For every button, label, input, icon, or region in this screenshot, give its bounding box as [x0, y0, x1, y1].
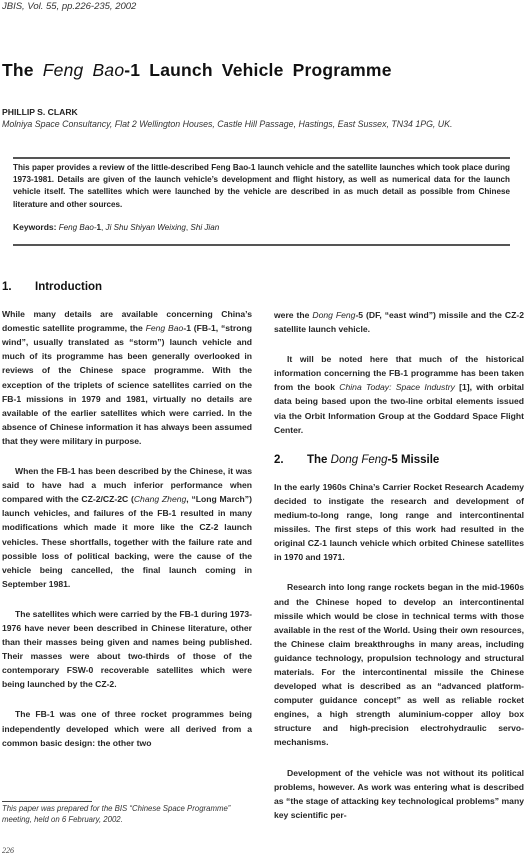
paragraph: It will be noted here that much of the h…	[274, 352, 524, 437]
section-number: 2.	[274, 453, 307, 467]
paragraph: Research into long range rockets began i…	[274, 580, 524, 749]
keyword-2: Ji Shu Shiyan Weixing	[106, 223, 186, 232]
paragraph: were the Dong Feng-5 (DF, “east wind”) m…	[274, 308, 524, 336]
paragraph: The FB-1 was one of three rocket program…	[2, 707, 252, 749]
paragraph: In the early 1960s China’s Carrier Rocke…	[274, 480, 524, 565]
keyword-1-suffix: 1	[97, 223, 102, 232]
author-name: PHILLIP S. CLARK	[2, 107, 78, 117]
section-heading-dong-feng-5: 2.The Dong Feng-5 Missile	[274, 453, 524, 467]
paragraph: While many details are available concern…	[2, 307, 252, 448]
right-column: were the Dong Feng-5 (DF, “east wind”) m…	[274, 308, 524, 838]
title-part-1: The	[2, 60, 43, 80]
keyword-1: Feng Bao-	[59, 223, 97, 232]
journal-reference: JBIS, Vol. 55, pp.226-235, 2002	[2, 1, 136, 12]
abstract-bottom-rule	[13, 244, 510, 246]
left-column: 1.Introduction While many details are av…	[2, 280, 252, 766]
section-title: Introduction	[35, 281, 102, 293]
paragraph: Development of the vehicle was not witho…	[274, 766, 524, 822]
paragraph: When the FB-1 has been described by the …	[2, 464, 252, 591]
author-affiliation: Molniya Space Consultancy, Flat 2 Wellin…	[2, 119, 452, 129]
title-part-3: -1 Launch Vehicle Programme	[124, 60, 391, 80]
section-heading-introduction: 1.Introduction	[2, 280, 252, 294]
keyword-3: Shi Jian	[190, 223, 219, 232]
abstract: This paper provides a review of the litt…	[13, 162, 510, 211]
page-number: 226	[2, 846, 14, 855]
keywords: Keywords: Feng Bao-1, Ji Shu Shiyan Weix…	[13, 222, 510, 232]
keywords-label: Keywords:	[13, 222, 56, 232]
section-number: 1.	[2, 280, 35, 294]
footnote-rule	[2, 801, 92, 802]
paragraph: The satellites which were carried by the…	[2, 607, 252, 692]
paper-title: The Feng Bao-1 Launch Vehicle Programme	[2, 60, 392, 81]
title-italic-part: Feng Bao	[43, 60, 125, 80]
footnote: This paper was prepared for the BIS “Chi…	[2, 804, 252, 825]
abstract-top-rule	[13, 157, 510, 159]
